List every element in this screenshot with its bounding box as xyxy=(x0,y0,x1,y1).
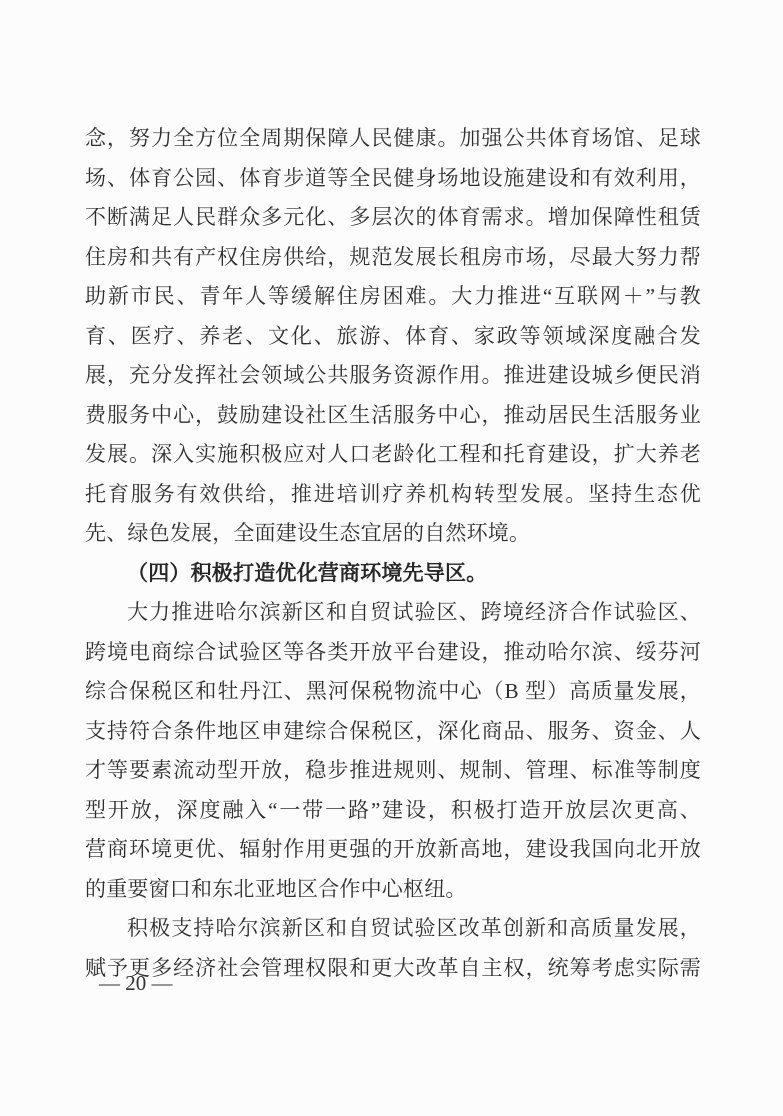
section-heading: （四）积极打造优化营商环境先导区。 xyxy=(85,554,701,594)
page-number: — 20 — xyxy=(99,971,173,995)
text-line: 不断满足人民群众多元化、多层次的体育需求。增加保障性租赁 xyxy=(85,198,701,238)
text-line: 支持符合条件地区申建综合保税区，深化商品、服务、资金、人 xyxy=(85,712,701,752)
text-line: 念，努力全方位全周期保障人民健康。加强公共体育场馆、足球 xyxy=(85,119,701,159)
text-line: 费服务中心，鼓励建设社区生活服务中心，推动居民生活服务业 xyxy=(85,396,701,436)
text-line: 场、体育公园、体育步道等全民健身场地设施建设和有效利用， xyxy=(85,159,701,199)
text-line: 展，充分发挥社会领域公共服务资源作用。推进建设城乡便民消 xyxy=(85,356,701,396)
text-line: 发展。深入实施积极应对人口老龄化工程和托育建设，扩大养老 xyxy=(85,435,701,475)
text-line: 跨境电商综合试验区等各类开放平台建设，推动哈尔滨、绥芬河 xyxy=(85,633,701,673)
text-line: 住房和共有产权住房供给，规范发展长租房市场，尽最大努力帮 xyxy=(85,238,701,278)
page-footer: — 20 — xyxy=(99,968,173,998)
text-line: 积极支持哈尔滨新区和自贸试验区改革创新和高质量发展， xyxy=(85,909,701,949)
document-page: 念，努力全方位全周期保障人民健康。加强公共体育场馆、足球 场、体育公园、体育步道… xyxy=(0,0,783,1116)
text-line: 托育服务有效供给，推进培训疗养机构转型发展。坚持生态优 xyxy=(85,475,701,515)
text-line: 先、绿色发展，全面建设生态宜居的自然环境。 xyxy=(85,514,701,554)
text-line: 大力推进哈尔滨新区和自贸试验区、跨境经济合作试验区、 xyxy=(85,593,701,633)
text-line: 助新市民、青年人等缓解住房困难。大力推进“互联网＋”与教 xyxy=(85,277,701,317)
text-line: 育、医疗、养老、文化、旅游、体育、家政等领域深度融合发 xyxy=(85,317,701,357)
document-body: 念，努力全方位全周期保障人民健康。加强公共体育场馆、足球 场、体育公园、体育步道… xyxy=(85,119,701,988)
text-line: 营商环境更优、辐射作用更强的开放新高地，建设我国向北开放 xyxy=(85,830,701,870)
text-line: 的重要窗口和东北亚地区合作中心枢纽。 xyxy=(85,870,701,910)
text-line: 赋予更多经济社会管理权限和更大改革自主权，统筹考虑实际需 xyxy=(85,949,701,989)
text-line: 综合保税区和牡丹江、黑河保税物流中心（B 型）高质量发展， xyxy=(85,672,701,712)
text-line: 才等要素流动型开放，稳步推进规则、规制、管理、标准等制度 xyxy=(85,751,701,791)
text-line: 型开放，深度融入“一带一路”建设，积极打造开放层次更高、 xyxy=(85,791,701,831)
